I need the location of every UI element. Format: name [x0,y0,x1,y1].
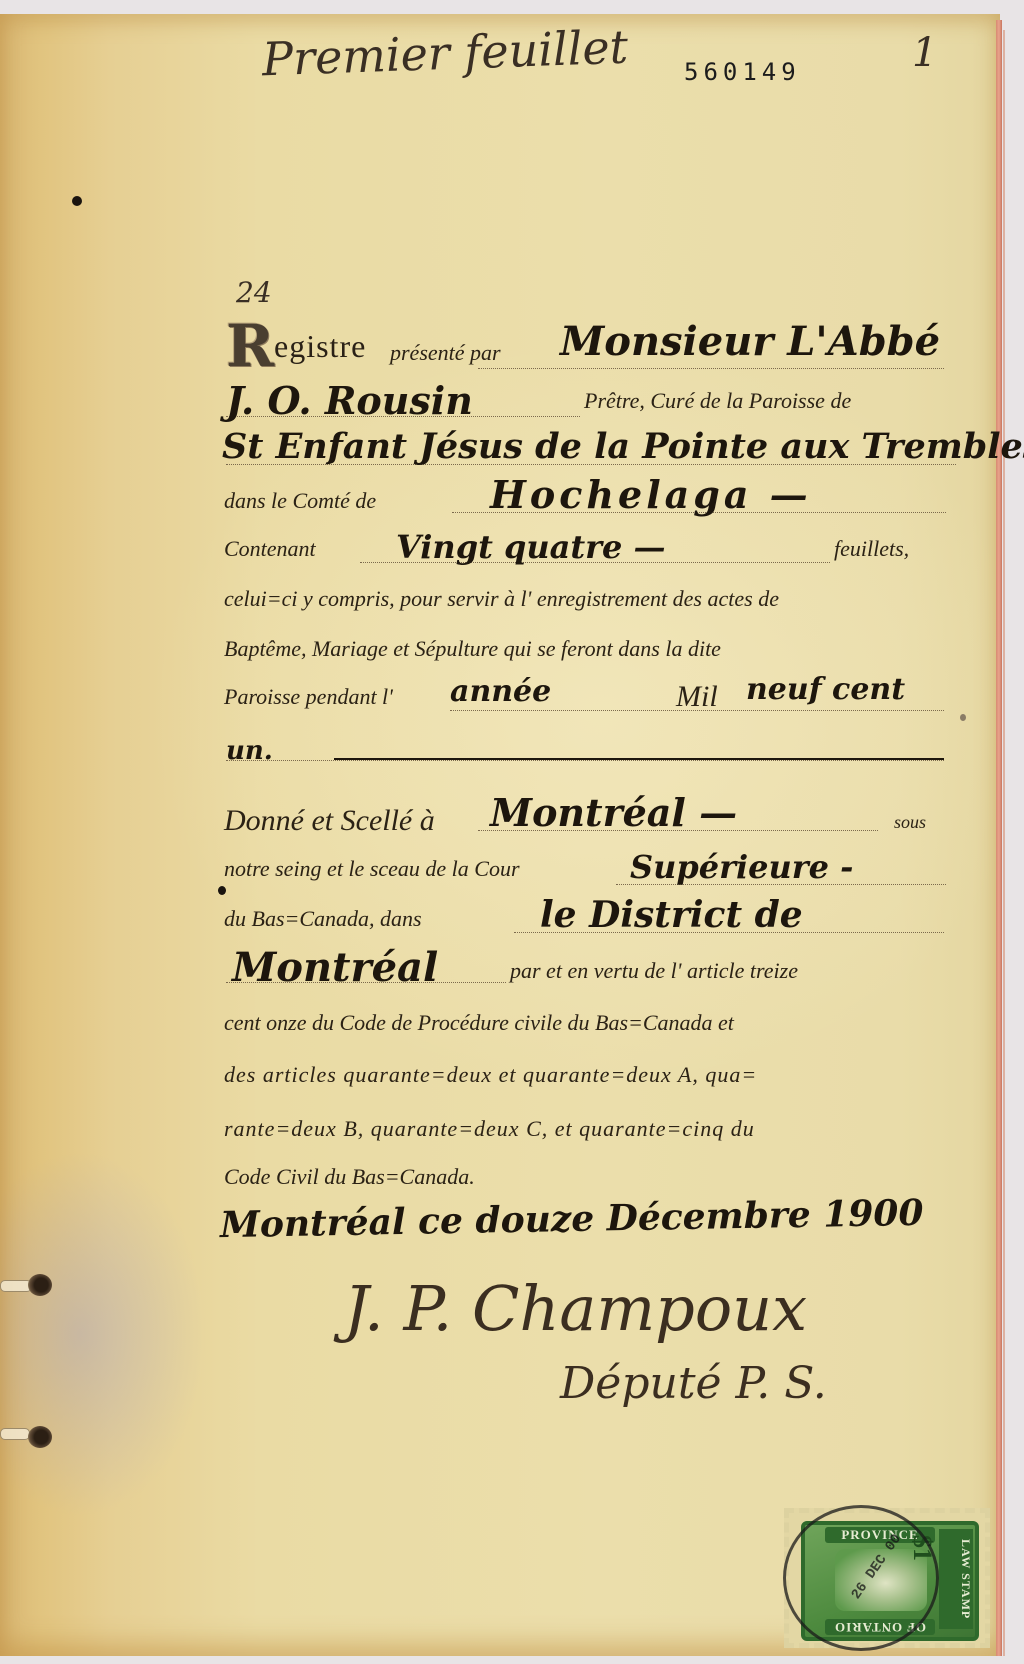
line5-handwritten: Vingt quatre — [396,528,666,566]
line1-handwritten: Monsieur L'Abbé [560,318,940,365]
line10-printed-a: Donné et Scellé à [224,804,435,838]
binding-hole [28,1426,52,1448]
page-edge-red [996,20,1002,1656]
line11-handwritten: Supérieure - [630,848,853,886]
signature-name: J. P. Champoux [344,1272,807,1345]
line10-printed-b: sous [894,812,926,833]
line4-printed: dans le Comté de [224,488,376,514]
binding-dot [72,196,82,206]
line3-handwritten: St Enfant Jésus de la Pointe aux Tremble… [222,426,1024,467]
line1-printed-a: egistre [274,328,366,365]
line12-printed: du Bas=Canada, dans [224,906,422,932]
line4-handwritten: Hochelaga — [490,472,812,517]
document-page [0,14,1000,1656]
line8-handwritten-a: année [450,674,551,709]
line6-printed: celui=ci y compris, pour servir à l' enr… [224,586,779,612]
line16-printed: rante=deux B, quarante=deux C, et quaran… [224,1116,755,1142]
line1-printed-b: présenté par [390,340,501,366]
ornamental-initial-r: R [226,314,278,378]
line8-printed-b: Mil [676,680,718,714]
line8-handwritten-b: neuf cent [746,672,905,707]
stamped-number: 560149 [684,58,801,86]
line14-printed: cent onze du Code de Procédure civile du… [224,1010,734,1036]
ink-dot-right [960,714,966,721]
line10-handwritten: Montréal — [490,790,737,835]
ink-dot [218,886,226,895]
line9-dash [334,758,944,760]
line1-rule [478,368,944,369]
signature-title: Député P. S. [560,1358,827,1409]
revenue-stamp: PROVINCE OF ONTARIO $1 LAW STAMP 26 DEC … [784,1508,990,1648]
binding-tear [0,1428,30,1440]
binding-hole [28,1274,52,1296]
page-edge-red-inner [1003,30,1005,1656]
line5-printed-a: Contenant [224,536,316,562]
line9-handwritten: un. [226,736,273,766]
line9-rule [226,760,944,761]
stamp-side-label: LAW STAMP [939,1529,973,1629]
line8-printed-a: Paroisse pendant l' [224,684,393,710]
margin-number: 24 [236,276,272,309]
line13-handwritten: Montréal [232,944,438,991]
line13-printed: par et en vertu de l' article treize [510,958,798,984]
line5-printed-b: feuillets, [834,536,909,562]
line17-printed: Code Civil du Bas=Canada. [224,1164,475,1190]
line7-printed: Baptême, Mariage et Sépulture qui se fer… [224,636,721,662]
line2-handwritten: J. O. Rousin [226,378,473,423]
line12-handwritten: le District de [540,894,803,936]
line2-printed: Prêtre, Curé de la Paroisse de [584,388,851,414]
line15-printed: des articles quarante=deux et quarante=d… [224,1062,757,1088]
page-number-handwritten: 1 [912,30,937,76]
line11-printed: notre seing et le sceau de la Cour [224,856,520,882]
